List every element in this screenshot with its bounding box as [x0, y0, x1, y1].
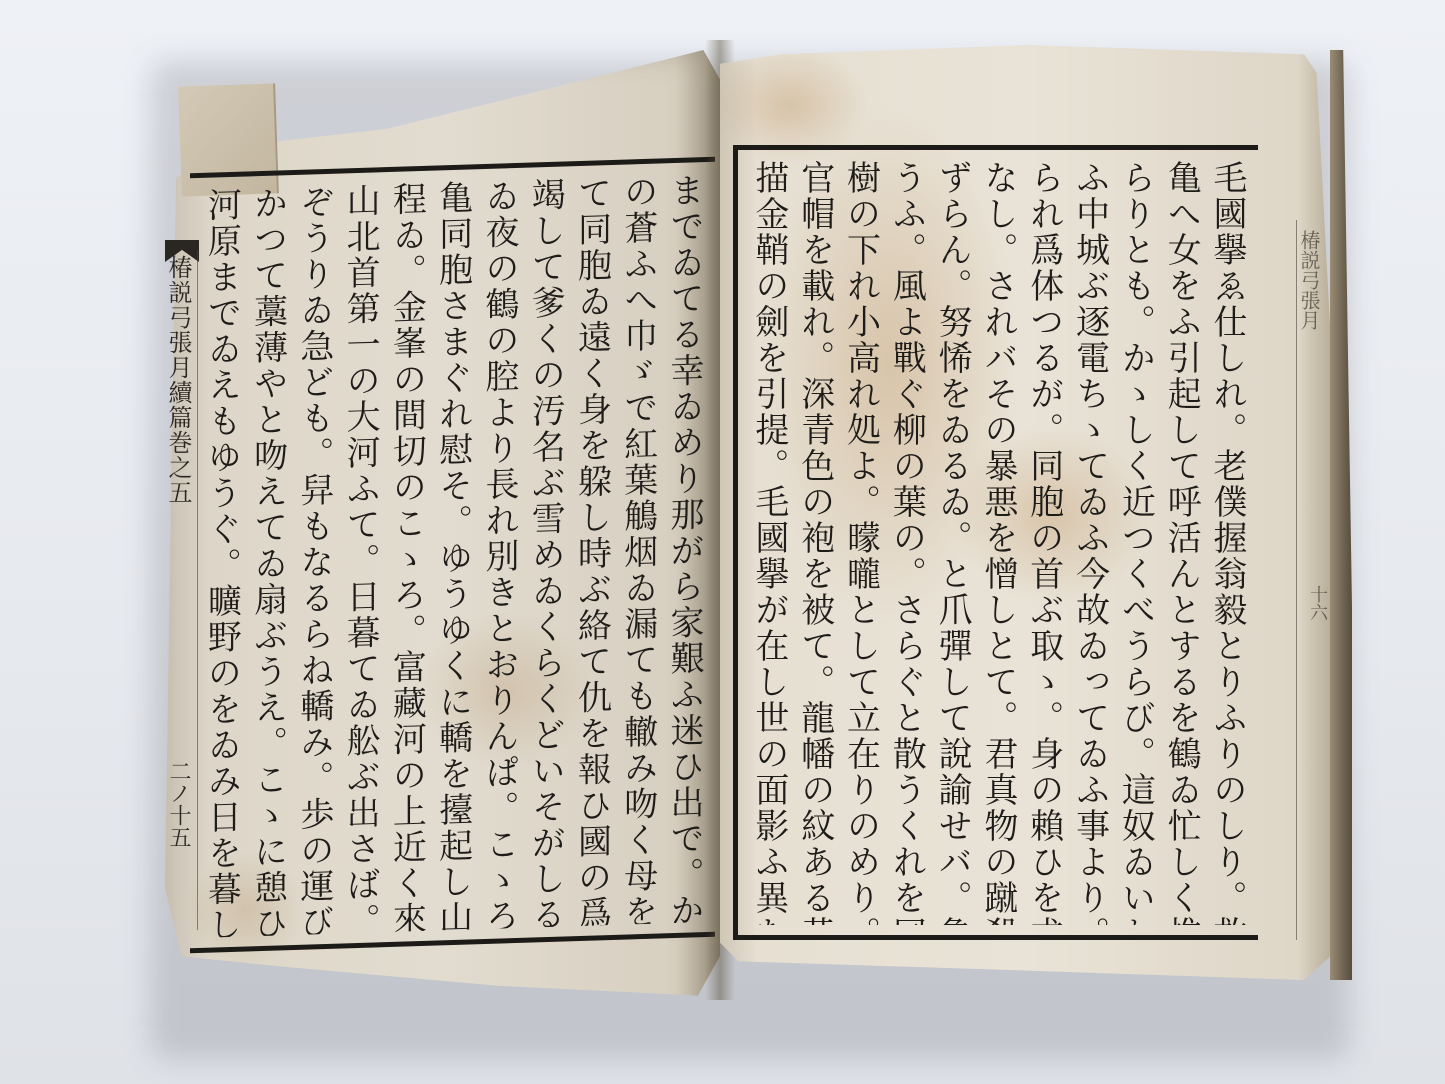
text-column: 描金鞘の劍を引提。毛國擧が在し世の面影ふ異なうびふうりの [746, 160, 792, 925]
text-column: までゐてる幸ゐめり那がら家艱ふ迷ひ出で。かゝれ數れふ蒼柴 [661, 172, 707, 923]
text-column: 亀同胞さまぐれ慰そ。ゆうゆくに轎を擡起し山路を北へとゆく [429, 179, 475, 930]
text-column: られ爲体つるが。同胞の首ぶ取ゝ。身の賴ひを求んとせしよ凝ひ [1021, 160, 1067, 925]
text-column: らりとも。かゝしく近つくべうらび。這奴ゐいねる日恩高れ主より先 [1113, 160, 1159, 925]
right-text-columns: 毛國擧ゑ仕しれ。老僕握翁毅とりふりのしり。救ふべくりやとて 亀へ女をふ引起して呼… [738, 150, 1258, 935]
text-column: 山北首第一の大河ふて。日暮てゐ舩ぶ出さば。鶴亀ゐいとゞしく心 [337, 182, 383, 933]
text-column: て同胞ゐ遠く身を躱し時ぶ絡て仇を報ひ國の爲み忠義を [568, 175, 614, 926]
left-text-frame: までゐてる幸ゐめり那がら家艱ふ迷ひ出で。かゝれ數れふ蒼柴 の蒼ふへ巾ゞで紅葉鵤烟… [190, 157, 715, 953]
text-column: ゐ夜の鶴の腔より長れ別きとおりんぱ。こゝろ鉄を絞りあへねを鶴 [476, 178, 522, 929]
right-text-frame: 毛國擧ゑ仕しれ。老僕握翁毅とりふりのしり。救ふべくりやとて 亀へ女をふ引起して呼… [733, 145, 1258, 940]
text-column: かつて藁薄やと吻えてゐ扇ぶうえ。こゝに憩ひ彼首み停ら [244, 185, 290, 936]
text-column: 竭して爹くの汚名ぶ雪めゐくらくどいそがしる親のこゝろ [522, 176, 568, 927]
text-column: ぞうりゐ急ども。舁もなるらね轎み。歩の運びも狭れ世ぶちぬば [291, 184, 337, 935]
text-column: 程ゐ。金峯の間切のこゝろ。富藏河の上近く來ようりこの河ゐ [383, 181, 429, 932]
text-column: 河原までゐえもゆうぐ。曠野のをゐみ日を暮し。秋の千種み宿 [198, 187, 244, 938]
text-column: ずらん。努悕をゐるゐ。と爪彈して說諭せバ。亀もげあと点頭折 [929, 160, 975, 925]
text-column: なし。されバその暴悪を憎しとて。君真物の蹴殺しゐふゐやあらん [975, 160, 1021, 925]
left-text-columns: までゐてる幸ゐめり那がら家艱ふ迷ひ出で。かゝれ數れふ蒼柴 の蒼ふへ巾ゞで紅葉鵤烟… [190, 162, 715, 948]
text-column: 亀へ女をふ引起して呼活んとするを鶴ゐ忙しく推とらめ。豺狼を死 [1158, 160, 1204, 925]
text-column: 毛國擧ゑ仕しれ。老僕握翁毅とりふりのしり。救ふべくりやとて [1204, 160, 1250, 925]
text-column: ふ中城ぶ逐電ちゝてゐふ今故ゐってゐふ事より。刃ぶ抜うけて仆 [1067, 160, 1113, 925]
text-column: うふ。風よ戰ぐ柳の葉の。さらぐと散うくれを同胞脊ちく仰上れバ。 [884, 160, 930, 925]
text-column: 官帽を載れ。深青色の袍を被て。龍幡の紋ある黃なる帯ぶ結び。 [792, 160, 838, 925]
right-folio-number: 十六 [1308, 585, 1330, 621]
text-column: 樹の下れ小高れ処よ。曚曨として立在りのめり。その打扮紫綾乃 [838, 160, 884, 925]
right-margin-title: 椿説弓張月 [1298, 230, 1324, 350]
text-column: の蒼ふへ巾ゞで紅葉鵤烟ゐ漏ても轍み吻く母をがらに捨まゐ [614, 173, 660, 924]
